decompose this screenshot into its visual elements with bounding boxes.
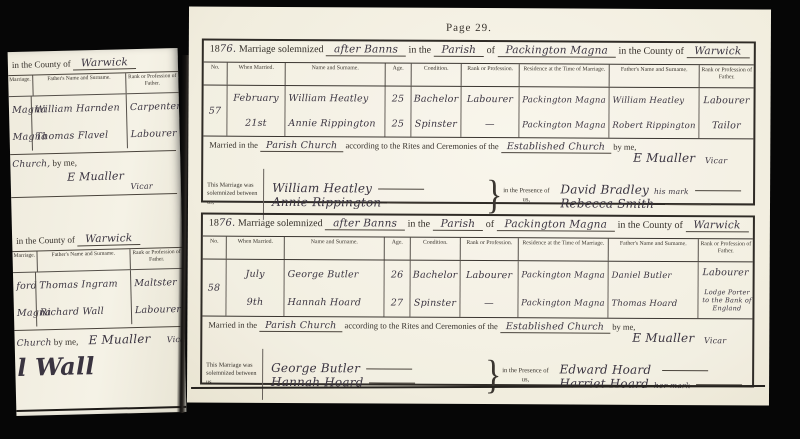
bride-father-rank: Tailor: [699, 120, 753, 131]
year-prefix: 18: [210, 44, 220, 55]
col-header-father: Father's Name and Surname.: [36, 249, 130, 271]
col-header-father: Father's Name and Surname.: [32, 73, 126, 95]
bride-residence: Packington Magna: [518, 298, 607, 308]
col-header-when-married: When Married.: [228, 63, 286, 85]
officiant-signature: E Mualler: [632, 331, 694, 345]
left-page-top-record: in the County of Warwick Marriage. Fathe…: [8, 54, 181, 198]
groom-name: William Heatley: [286, 93, 385, 105]
bride-name: Hannah Hoard: [284, 296, 383, 308]
county-value: Warwick: [77, 233, 140, 247]
marriage-record-57: 1876. Marriage solemnized after Banns in…: [201, 39, 756, 206]
col-header-residence: Residence at the Time of Marriage.: [520, 64, 610, 86]
banns-value: after Banns: [325, 218, 405, 230]
church-fragment: Church: [17, 338, 52, 349]
county-label: in the County of: [619, 46, 684, 57]
officiant-signature: E Mualler: [633, 151, 695, 165]
residence-fragment: Magna: [14, 308, 36, 320]
col-header-father-rank: Rank or Profession of Father.: [700, 65, 754, 87]
signature-underline: [387, 202, 433, 203]
witness-signature: Rebecca Smith: [560, 196, 749, 211]
witness-signature: Harriet Hoardher mark: [559, 376, 748, 391]
witness-signatures: David Bradleyhis mark Rebecca Smith: [550, 182, 749, 211]
register-page: Page 29. 1876. Marriage solemnized after…: [187, 6, 771, 405]
bride-rank: —: [461, 119, 518, 130]
col-header-condition: Condition.: [412, 64, 462, 86]
county-value: Warwick: [685, 220, 748, 232]
residence-fragment: Magna: [9, 105, 31, 117]
year-suffix: 76.: [220, 44, 237, 55]
signature-underline: [665, 203, 711, 204]
groom-rank: Labourer: [461, 269, 518, 280]
col-header-father-rank: Rank or Profession of Father.: [129, 248, 183, 269]
solemnized-label: Marriage solemnized: [238, 218, 323, 229]
officiant-title: Vicar: [704, 336, 726, 345]
groom-condition: Bachelor: [412, 94, 461, 105]
col-header-condition: Condition.: [411, 238, 461, 260]
column-headers: No. When Married. Name and Surname. Age.…: [203, 236, 753, 263]
father-rank: Labourer: [132, 304, 184, 316]
groom-signature: William Heatley: [272, 180, 486, 195]
col-header-no: No.: [204, 63, 228, 85]
year-prefix: 18: [209, 218, 219, 229]
bride-residence: Packington Magna: [519, 120, 608, 130]
signature-underline: [378, 188, 424, 189]
county-label: in the County of: [16, 235, 75, 246]
by-me-label: by me,: [52, 157, 77, 168]
father-name: Thomas Flavel: [33, 129, 127, 142]
large-signature: l Wall: [15, 349, 186, 382]
father-rank: Labourer: [127, 128, 179, 140]
col-header-rank: Rank or Profession.: [462, 64, 520, 86]
groom-condition: Bachelor: [411, 269, 460, 280]
signature-underline: [366, 368, 412, 369]
brace-glyph: }: [485, 353, 502, 399]
column-headers: No. When Married. Name and Surname. Age.…: [204, 62, 754, 89]
left-page-bottom-record: in the County of Warwick Marriage. Fathe…: [12, 230, 186, 382]
witness-signature: Edward Hoard: [559, 362, 748, 377]
place-word: Parish: [434, 45, 485, 57]
page-number: Page 29.: [189, 20, 749, 35]
between-us-label: This Marriage was solemnized between us,: [206, 349, 263, 400]
father-name: Richard Wall: [37, 305, 131, 318]
county-label: in the County of: [12, 59, 71, 70]
date-day: 9th: [226, 296, 283, 307]
col-header-name: Name and Surname.: [285, 237, 385, 260]
groom-father: William Heatley: [610, 95, 699, 105]
father-rank: Carpenter: [127, 101, 179, 113]
officiant-title: Vicar: [705, 156, 727, 165]
bride-father: Robert Rippington: [609, 120, 698, 130]
marriage-record-58: 1876. Marriage solemnized after Banns in…: [200, 213, 755, 388]
rites-label: according to the Rites and Ceremonies of…: [345, 140, 498, 151]
county-value: Warwick: [686, 46, 749, 58]
signature-underline: [370, 382, 416, 383]
married-in-value: Parish Church: [260, 141, 343, 152]
father-rank: Maltster: [131, 277, 183, 289]
church-fragment: Church,: [12, 159, 50, 170]
page-edge-line: [16, 406, 186, 412]
record-entries: 57 February 21st William Heatley Annie R…: [203, 86, 753, 139]
presence-label: in the Presence of us,: [502, 187, 550, 205]
date-day: 21st: [227, 118, 284, 129]
solemnized-label: Marriage solemnized: [239, 44, 324, 55]
groom-father-rank: Labourer: [699, 268, 753, 279]
left-record-rows: ford Magna Thomas Ingram Richard Wall Ma…: [13, 269, 184, 327]
left-church-line: Church, by me,: [10, 151, 180, 170]
married-in-line: Married in the Parish Church according t…: [203, 136, 753, 169]
bride-father-rank: Lodge Porter to the Bank of England: [698, 289, 752, 313]
bride-name: Annie Rippington: [285, 118, 384, 130]
col-header-father-rank: Rank or Profession of Father.: [125, 72, 179, 93]
in-the-label: in the: [409, 45, 432, 56]
date-month: July: [227, 268, 284, 279]
bride-age: 27: [384, 297, 409, 308]
of-label: of: [487, 45, 495, 56]
married-in-line: Married in the Parish Church according t…: [202, 316, 752, 349]
col-header-father: Father's Name and Surname.: [609, 239, 699, 261]
col-header-fragment: Marriage.: [12, 252, 36, 273]
groom-age: 25: [386, 94, 411, 105]
groom-name: George Butler: [285, 268, 384, 280]
rites-label: according to the Rites and Ceremonies of…: [345, 320, 498, 331]
bride-signature: Annie Rippington: [272, 194, 486, 209]
col-header-fragment: Marriage.: [8, 76, 32, 97]
county-label: in the County of: [618, 220, 683, 231]
couple-signatures: William Heatley Annie Rippington: [264, 180, 486, 209]
father-name: William Harnden: [32, 102, 126, 115]
presence-label: in the Presence of us,: [501, 367, 549, 385]
col-header-when-married: When Married.: [227, 237, 285, 259]
parish-value: Packington Magna: [497, 45, 616, 58]
left-record-rows: Magna Magna William Harnden Thomas Flave…: [9, 93, 180, 151]
church-value: Established Church: [501, 142, 611, 154]
groom-age: 26: [385, 269, 410, 280]
col-header-age: Age.: [385, 238, 411, 260]
groom-residence: Packington Magna: [519, 270, 608, 280]
banns-value: after Banns: [326, 44, 406, 56]
divider: [11, 193, 177, 198]
record-entries: 58 July 9th George Butler Hannah Hoard 2…: [202, 260, 752, 319]
officiant-signature: E Mualler: [88, 332, 150, 348]
bride-father: Thomas Hoard: [608, 299, 697, 309]
signatures-row: This Marriage was solemnized between us,…: [202, 346, 752, 405]
col-header-residence: Residence at the Time of Marriage.: [519, 238, 609, 260]
col-header-no: No.: [203, 237, 227, 259]
in-the-label: in the: [408, 219, 431, 230]
father-name: Thomas Ingram: [36, 278, 130, 291]
bride-condition: Spinster: [410, 297, 459, 308]
record-caption: 1876. Marriage solemnized after Banns in…: [204, 41, 754, 65]
groom-signature: George Butler: [271, 360, 485, 375]
brace-glyph: }: [486, 173, 503, 219]
signature-underline: [695, 190, 741, 191]
date-month: February: [228, 93, 285, 104]
by-me-label: by me,: [54, 337, 79, 348]
register-scan: in the County of Warwick Marriage. Fathe…: [0, 0, 800, 439]
entry-number: 57: [203, 105, 226, 116]
married-in-label: Married in the: [208, 320, 257, 330]
col-header-name: Name and Surname.: [286, 63, 386, 86]
col-header-rank: Rank or Profession.: [461, 238, 519, 260]
witness-signature: David Bradleyhis mark: [560, 182, 749, 197]
bride-condition: Spinster: [411, 119, 460, 130]
residence-fragment: ford: [13, 281, 35, 293]
year-suffix: 76.: [219, 218, 236, 229]
bride-rank: —: [460, 297, 517, 308]
left-church-line: Church by me, E Mualler Vicar: [14, 327, 184, 349]
parish-value: Packington Magna: [497, 219, 616, 232]
groom-father-rank: Labourer: [700, 95, 754, 106]
col-header-father-rank: Rank or Profession of Father.: [699, 239, 753, 261]
signature-underline: [662, 369, 708, 370]
county-value: Warwick: [73, 57, 136, 71]
married-in-value: Parish Church: [259, 321, 342, 332]
col-header-father: Father's Name and Surname.: [610, 65, 700, 87]
of-label: of: [486, 219, 494, 230]
church-value: Established Church: [500, 322, 610, 334]
groom-rank: Labourer: [462, 94, 519, 105]
mark-note: his mark: [654, 186, 689, 195]
left-page-fragment: in the County of Warwick Marriage. Fathe…: [8, 48, 187, 416]
record-caption: 1876. Marriage solemnized after Banns in…: [203, 215, 753, 239]
married-in-label: Married in the: [209, 140, 258, 150]
bride-age: 25: [385, 119, 410, 130]
entry-number: 58: [203, 282, 226, 293]
col-header-age: Age.: [386, 64, 412, 86]
groom-residence: Packington Magna: [520, 95, 609, 105]
residence-fragment: Magna: [10, 132, 32, 144]
place-word: Parish: [433, 219, 484, 231]
groom-father: Daniel Butler: [609, 271, 698, 281]
